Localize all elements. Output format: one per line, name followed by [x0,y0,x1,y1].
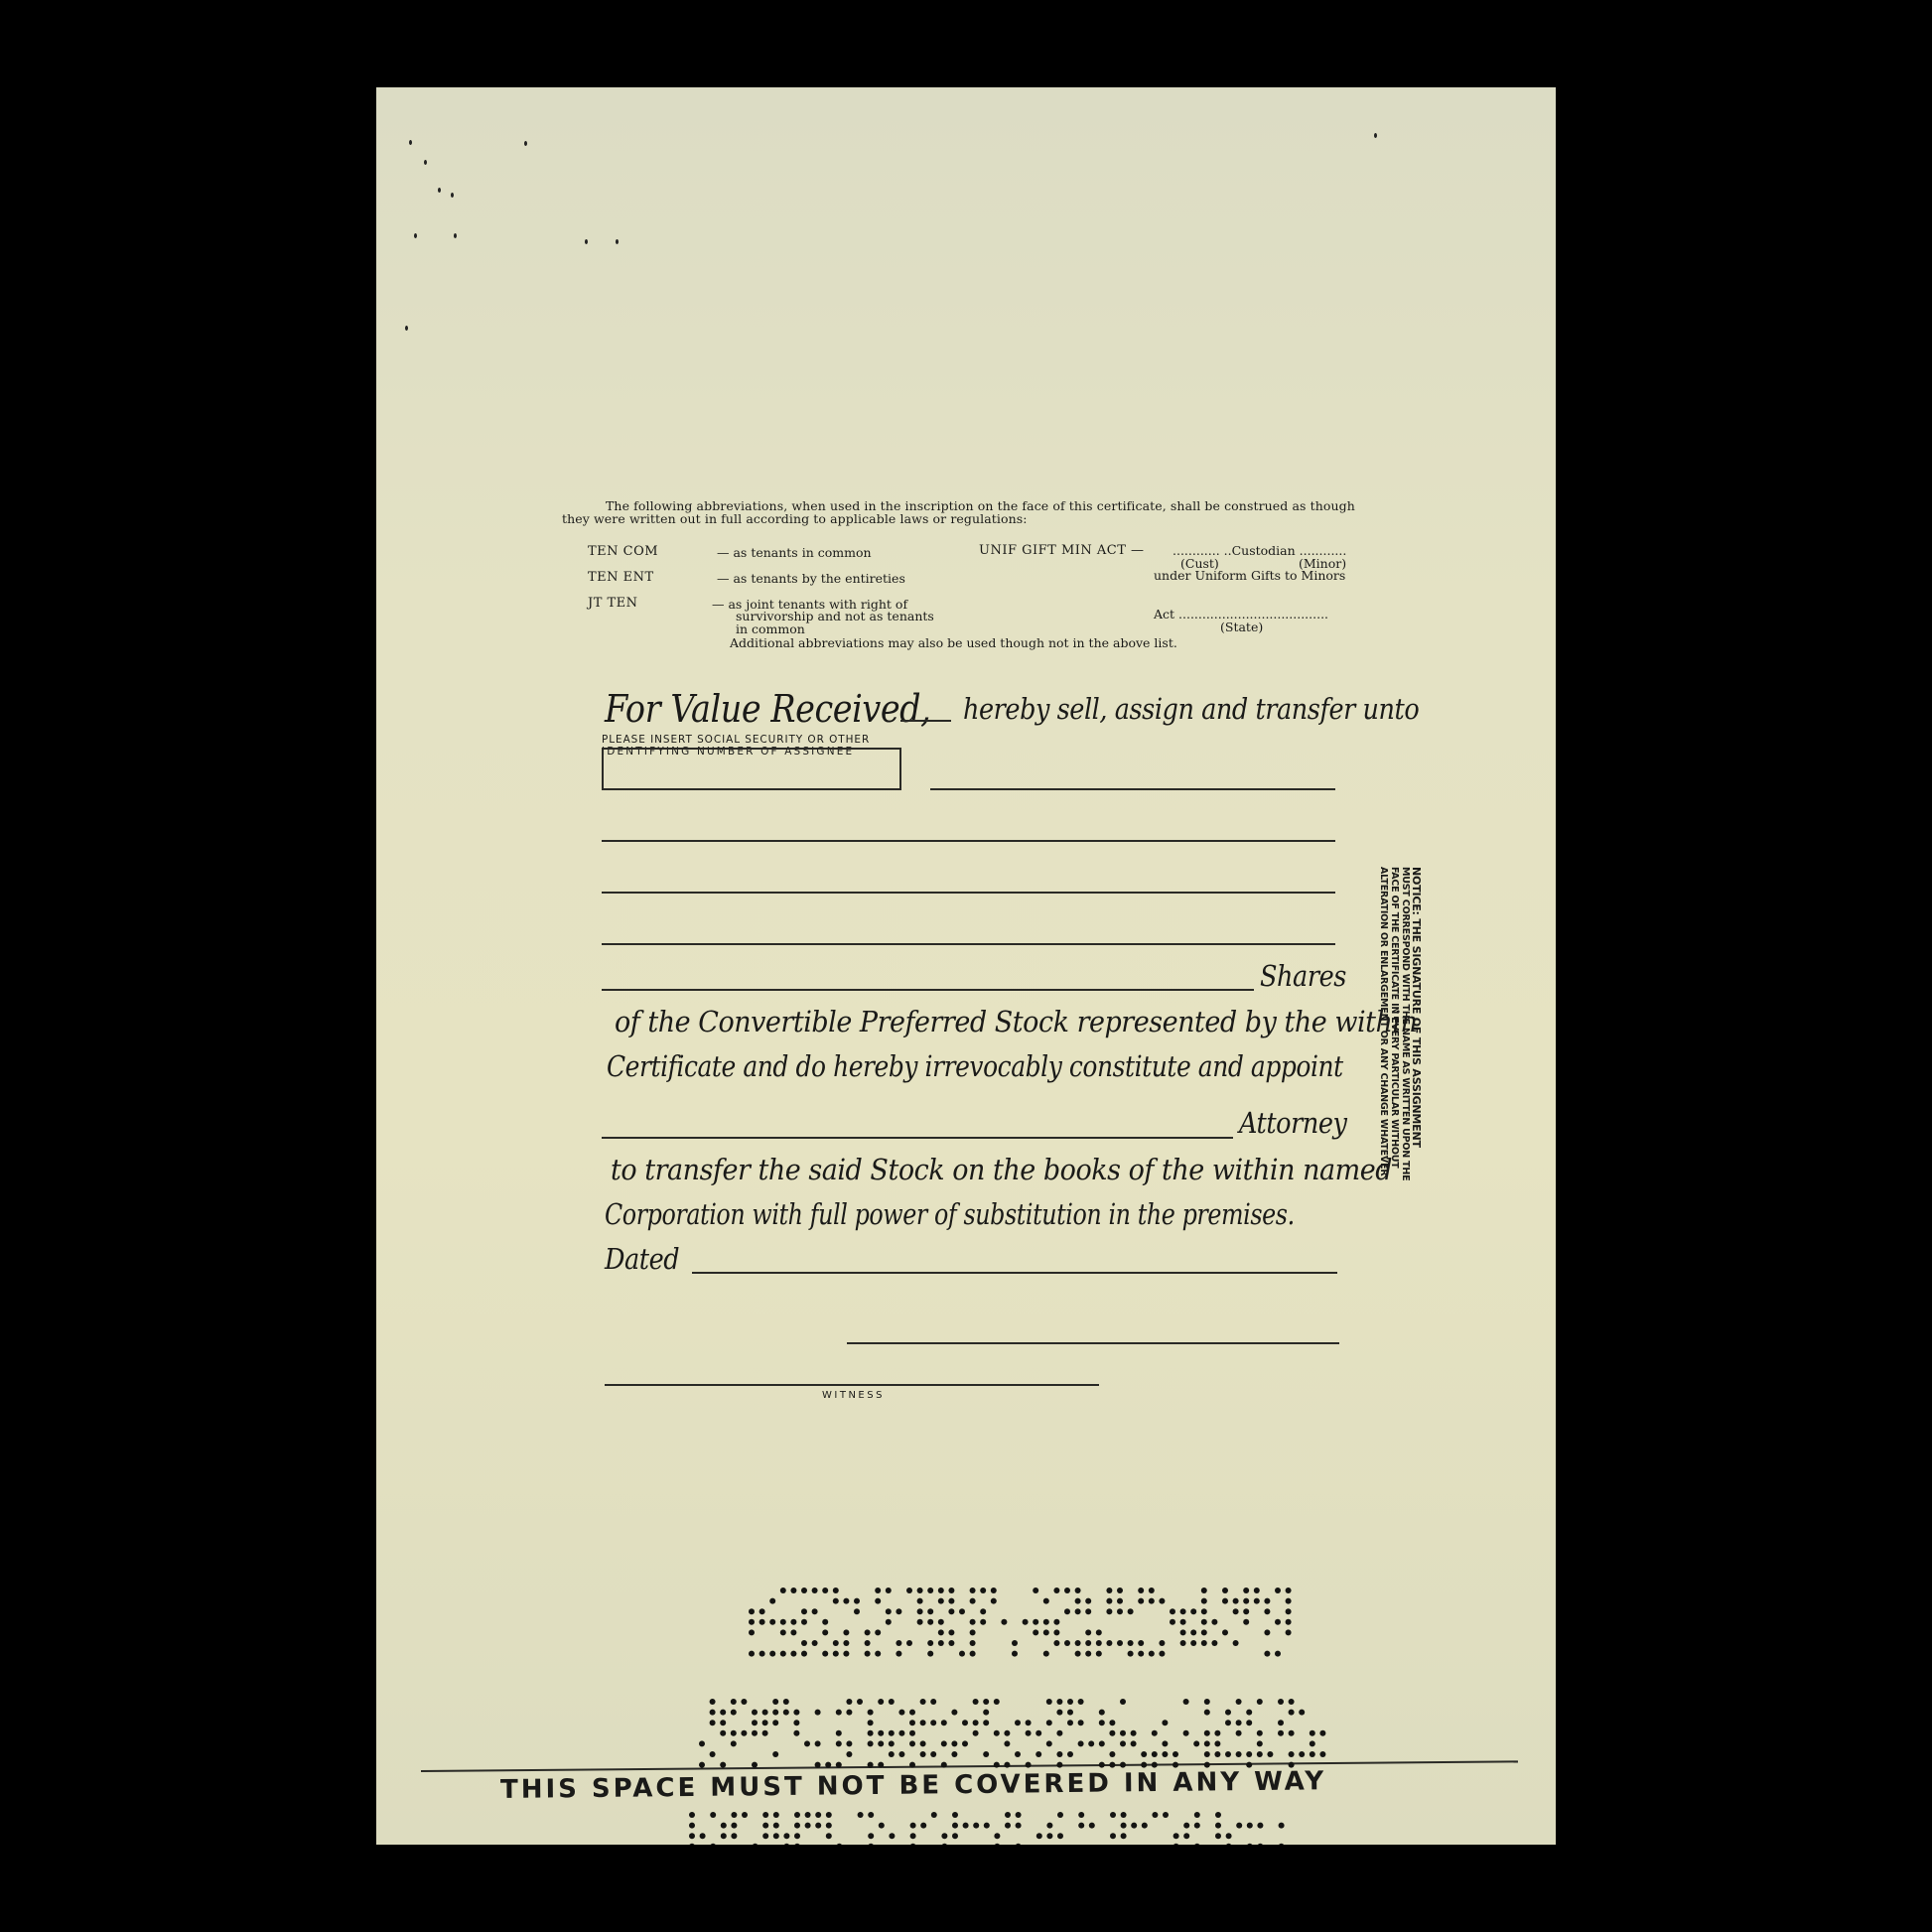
stock-text-line-2: Certificate and do hereby irrevocably co… [607,1049,1343,1083]
speck [405,326,408,331]
stock-text-line-1: of the Convertible Preferred Stock repre… [615,1005,1417,1038]
speck [424,160,427,165]
ssn-input-box[interactable] [602,748,901,790]
signature-notice: NOTICE: THE SIGNATURE OF THIS ASSIGNMENT… [1378,867,1422,1165]
speck [585,239,588,244]
dated-line[interactable] [692,1272,1337,1274]
witness-label: WITNESS [822,1390,885,1401]
for-value-rule [900,720,951,722]
transfer-text-line-2: Corporation with full power of substitut… [605,1197,1295,1231]
abbr-jt-ten-code: JT TEN [588,597,638,610]
shares-label: Shares [1260,959,1346,993]
speck [409,140,412,145]
speck [414,233,417,238]
assignee-line-2[interactable] [602,840,1335,842]
assignee-line-3[interactable] [602,892,1335,894]
speck [524,141,527,146]
speck [616,239,619,244]
notice-line-2: MUST CORRESPOND WITH THE NAME AS WRITTEN… [1400,867,1411,1165]
speck [451,193,454,198]
attorney-label: Attorney [1239,1106,1347,1140]
assignee-line-1[interactable] [930,788,1335,790]
notice-line-1: NOTICE: THE SIGNATURE OF THIS ASSIGNMENT [1411,867,1422,1165]
attorney-line[interactable] [602,1137,1233,1139]
abbr-ten-ent-meaning: — as tenants by the entireties [717,572,905,585]
speck [438,188,441,193]
shares-line[interactable] [602,989,1254,991]
dated-label: Dated [605,1242,679,1276]
abbr-additional-note: Additional abbreviations may also be use… [730,636,1177,649]
abbr-jt-ten-meaning-3: in common [736,622,805,635]
abbr-ten-com-code: TEN COM [588,545,658,558]
assignee-line-4[interactable] [602,943,1335,945]
abbr-ten-com-meaning: — as tenants in common [717,546,872,559]
speck [1374,133,1377,138]
transfer-text-line-1: to transfer the said Stock on the books … [611,1153,1392,1186]
notice-line-4: ALTERATION OR ENLARGEMENT OR ANY CHANGE … [1378,867,1389,1165]
abbr-ten-ent-code: TEN ENT [588,571,654,584]
intro-line-2: they were written out in full according … [562,511,1028,526]
speck [454,233,457,238]
bottom-warning: THIS SPACE MUST NOT BE COVERED IN ANY WA… [500,1766,1326,1805]
certificate-back: The following abbreviations, when used i… [376,87,1556,1845]
ugma-under: under Uniform Gifts to Minors [1154,568,1345,583]
abbreviations-intro: The following abbreviations, when used i… [562,499,1386,525]
notice-line-3: FACE OF THE CERTIFICATE IN EVERY PARTICU… [1389,867,1400,1165]
ugma-state: (State) [1220,620,1263,634]
signature-line[interactable] [847,1342,1339,1344]
for-value-received: For Value Received, [605,687,930,731]
witness-line[interactable] [605,1384,1099,1386]
ugma-label: UNIF GIFT MIN ACT — [979,543,1145,558]
hereby-sell-text: hereby sell, assign and transfer unto [963,692,1419,726]
